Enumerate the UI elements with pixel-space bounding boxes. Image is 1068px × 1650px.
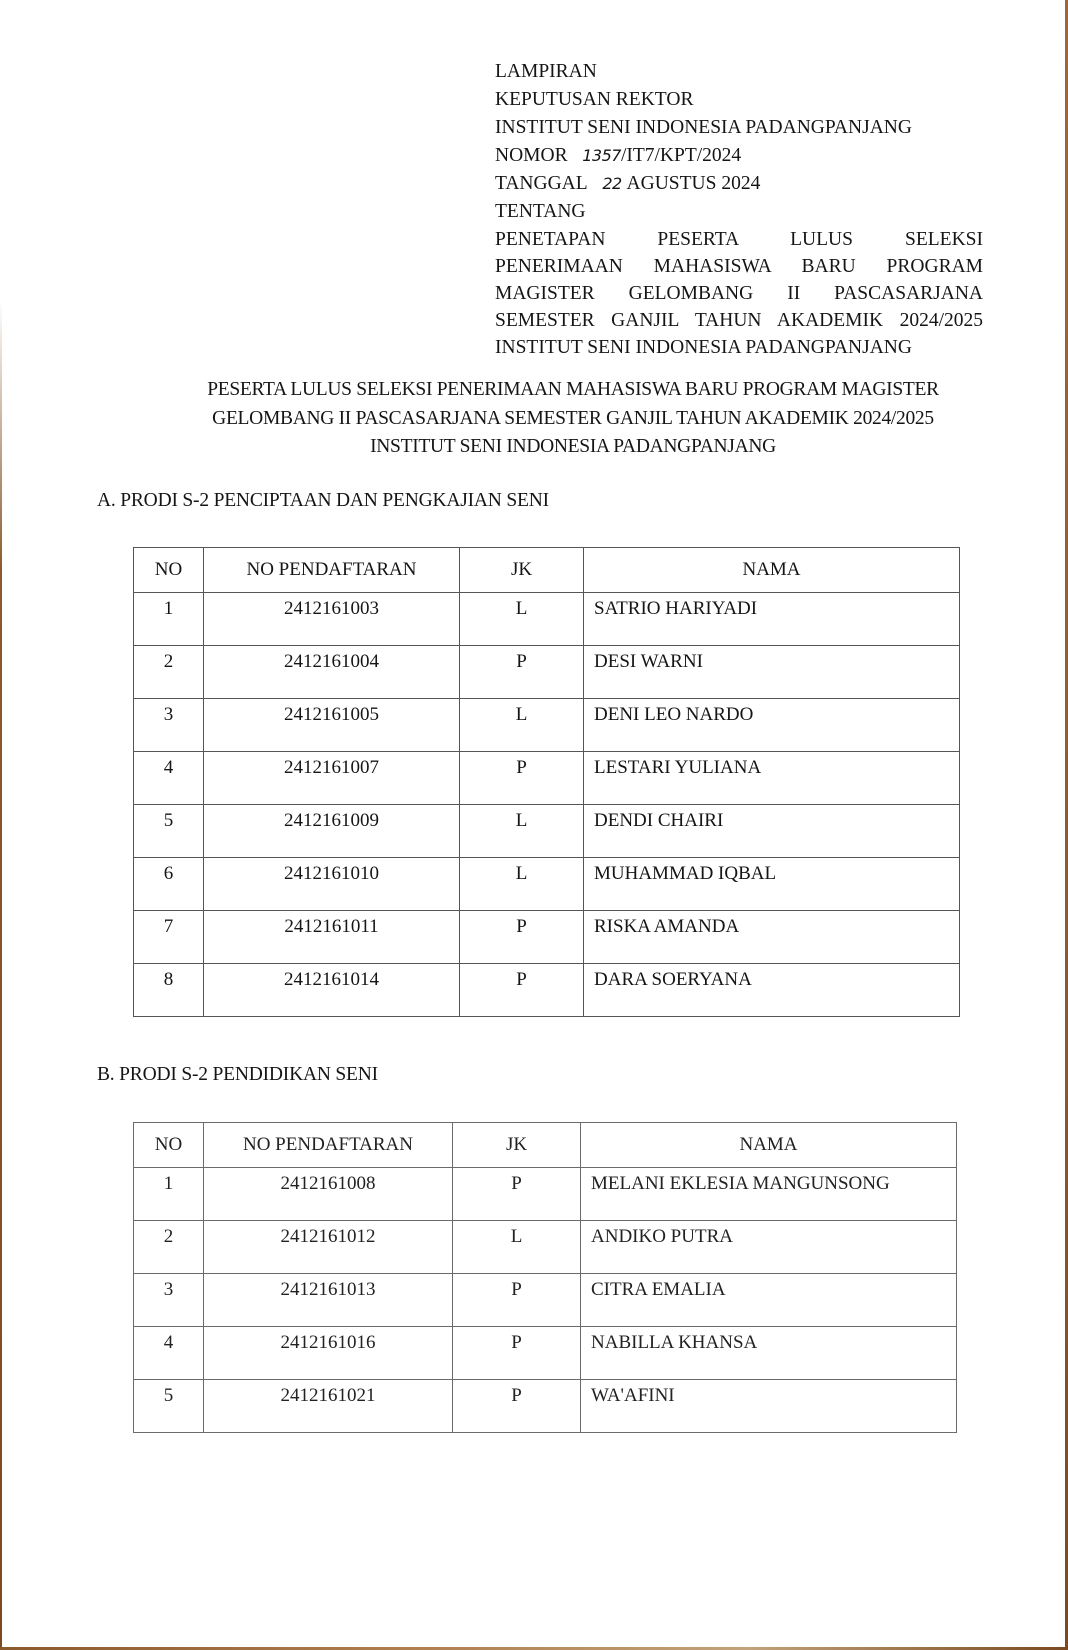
table-row: 42412161016PNABILLA KHANSA (134, 1327, 957, 1380)
table-row: 22412161012LANDIKO PUTRA (134, 1221, 957, 1274)
cell-name: MELANI EKLESIA MANGUNSONG (581, 1168, 957, 1221)
cell-gender: P (460, 964, 584, 1017)
table-section-a: NO NO PENDAFTARAN JK NAMA 12412161003LSA… (133, 547, 960, 1017)
cell-gender: P (453, 1274, 581, 1327)
table-row: 22412161004PDESI WARNI (134, 646, 960, 699)
cell-name: DESI WARNI (584, 646, 960, 699)
cell-name: SATRIO HARIYADI (584, 593, 960, 646)
column-header-registration: NO PENDAFTARAN (204, 1123, 453, 1168)
title-line: GELOMBANG II PASCASARJANA SEMESTER GANJI… (150, 405, 996, 434)
cell-no: 5 (134, 805, 204, 858)
cell-gender: P (453, 1327, 581, 1380)
cell-name: CITRA EMALIA (581, 1274, 957, 1327)
table-row: 82412161014PDARA SOERYANA (134, 964, 960, 1017)
cell-gender: L (460, 699, 584, 752)
cell-name: DENDI CHAIRI (584, 805, 960, 858)
cell-gender: P (460, 911, 584, 964)
column-header-registration: NO PENDAFTARAN (204, 548, 460, 593)
table-body: 12412161003LSATRIO HARIYADI22412161004PD… (134, 593, 960, 1017)
header-institution: INSTITUT SENI INDONESIA PADANGPANJANG (495, 114, 983, 142)
subject-line: PENETAPAN PESERTA LULUS SELEKSI (495, 226, 983, 253)
cell-name: ANDIKO PUTRA (581, 1221, 957, 1274)
section-b-heading: B. PRODI S-2 PENDIDIKAN SENI (97, 1064, 378, 1086)
document-title: PESERTA LULUS SELEKSI PENERIMAAN MAHASIS… (150, 376, 996, 462)
cell-gender: P (460, 752, 584, 805)
cell-gender: P (453, 1168, 581, 1221)
table-row: 32412161013PCITRA EMALIA (134, 1274, 957, 1327)
cell-name: WA'AFINI (581, 1380, 957, 1433)
table-row: 12412161003LSATRIO HARIYADI (134, 593, 960, 646)
cell-name: RISKA AMANDA (584, 911, 960, 964)
cell-gender: P (460, 646, 584, 699)
cell-registration-number: 2412161012 (204, 1221, 453, 1274)
cell-registration-number: 2412161010 (204, 858, 460, 911)
nomor-label: NOMOR (495, 145, 568, 166)
column-header-gender: JK (453, 1123, 581, 1168)
tanggal-suffix: AGUSTUS 2024 (627, 173, 761, 194)
cell-no: 2 (134, 1221, 204, 1274)
cell-registration-number: 2412161008 (204, 1168, 453, 1221)
cell-no: 1 (134, 1168, 204, 1221)
cell-no: 5 (134, 1380, 204, 1433)
table-header-row: NO NO PENDAFTARAN JK NAMA (134, 548, 960, 593)
cell-name: MUHAMMAD IQBAL (584, 858, 960, 911)
table-row: 52412161009LDENDI CHAIRI (134, 805, 960, 858)
header-lampiran: LAMPIRAN (495, 58, 983, 86)
tanggal-label: TANGGAL (495, 173, 588, 194)
cell-name: DENI LEO NARDO (584, 699, 960, 752)
header-tentang: TENTANG (495, 198, 983, 226)
header-subject: PENETAPAN PESERTA LULUS SELEKSI PENERIMA… (495, 226, 983, 361)
subject-line: SEMESTER GANJIL TAHUN AKADEMIK 2024/2025 (495, 307, 983, 334)
cell-gender: L (460, 805, 584, 858)
table-row: 42412161007PLESTARI YULIANA (134, 752, 960, 805)
cell-gender: P (453, 1380, 581, 1433)
cell-registration-number: 2412161009 (204, 805, 460, 858)
cell-registration-number: 2412161005 (204, 699, 460, 752)
header-nomor: NOMOR 1357/IT7/KPT/2024 (495, 142, 983, 170)
cell-name: DARA SOERYANA (584, 964, 960, 1017)
title-line: PESERTA LULUS SELEKSI PENERIMAAN MAHASIS… (150, 376, 996, 405)
cell-registration-number: 2412161014 (204, 964, 460, 1017)
column-header-gender: JK (460, 548, 584, 593)
nomor-handwritten: 1357 (582, 146, 621, 165)
table-body: 12412161008PMELANI EKLESIA MANGUNSONG224… (134, 1168, 957, 1433)
cell-gender: L (453, 1221, 581, 1274)
table-row: 62412161010LMUHAMMAD IQBAL (134, 858, 960, 911)
column-header-no: NO (134, 548, 204, 593)
table-row: 72412161011PRISKA AMANDA (134, 911, 960, 964)
column-header-no: NO (134, 1123, 204, 1168)
nomor-suffix: /IT7/KPT/2024 (621, 145, 741, 166)
table-section-b: NO NO PENDAFTARAN JK NAMA 12412161008PME… (133, 1122, 957, 1433)
subject-line: MAGISTER GELOMBANG II PASCASARJANA (495, 280, 983, 307)
cell-registration-number: 2412161007 (204, 752, 460, 805)
cell-gender: L (460, 593, 584, 646)
cell-name: LESTARI YULIANA (584, 752, 960, 805)
table-row: 52412161021PWA'AFINI (134, 1380, 957, 1433)
header-tanggal: TANGGAL 22 AGUSTUS 2024 (495, 170, 983, 198)
cell-registration-number: 2412161016 (204, 1327, 453, 1380)
cell-no: 2 (134, 646, 204, 699)
cell-no: 3 (134, 699, 204, 752)
scan-page-edge-left (0, 300, 2, 1650)
subject-line: PENERIMAAN MAHASISWA BARU PROGRAM (495, 253, 983, 280)
cell-no: 7 (134, 911, 204, 964)
cell-no: 1 (134, 593, 204, 646)
header-keputusan: KEPUTUSAN REKTOR (495, 86, 983, 114)
column-header-name: NAMA (584, 548, 960, 593)
cell-gender: L (460, 858, 584, 911)
table-row: 32412161005LDENI LEO NARDO (134, 699, 960, 752)
title-line: INSTITUT SENI INDONESIA PADANGPANJANG (150, 433, 996, 462)
cell-no: 4 (134, 752, 204, 805)
cell-name: NABILLA KHANSA (581, 1327, 957, 1380)
cell-no: 6 (134, 858, 204, 911)
cell-registration-number: 2412161021 (204, 1380, 453, 1433)
cell-registration-number: 2412161004 (204, 646, 460, 699)
column-header-name: NAMA (581, 1123, 957, 1168)
cell-no: 3 (134, 1274, 204, 1327)
section-a-heading: A. PRODI S-2 PENCIPTAAN DAN PENGKAJIAN S… (97, 490, 549, 512)
cell-no: 4 (134, 1327, 204, 1380)
table-header-row: NO NO PENDAFTARAN JK NAMA (134, 1123, 957, 1168)
tanggal-handwritten: 22 (602, 174, 621, 193)
cell-no: 8 (134, 964, 204, 1017)
cell-registration-number: 2412161011 (204, 911, 460, 964)
cell-registration-number: 2412161003 (204, 593, 460, 646)
attachment-header: LAMPIRAN KEPUTUSAN REKTOR INSTITUT SENI … (495, 58, 983, 361)
cell-registration-number: 2412161013 (204, 1274, 453, 1327)
table-row: 12412161008PMELANI EKLESIA MANGUNSONG (134, 1168, 957, 1221)
subject-line: INSTITUT SENI INDONESIA PADANGPANJANG (495, 334, 983, 361)
